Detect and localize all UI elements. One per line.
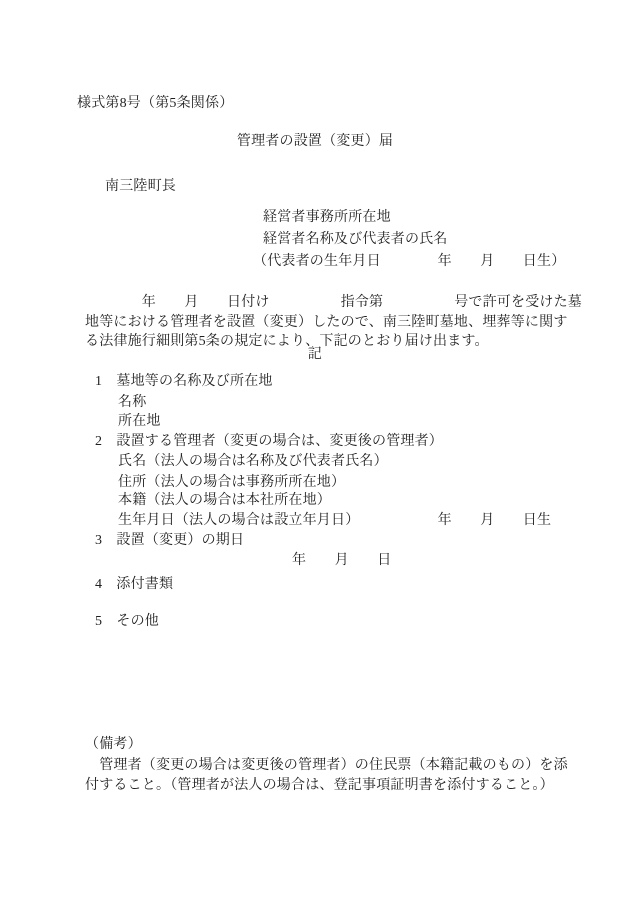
item-3-heading: 3 設置（変更）の期日 [95, 531, 244, 551]
remarks-text: 管理者（変更の場合は変更後の管理者）の住民票（本籍記載のもの）を添 付すること。… [85, 756, 568, 796]
item-5-heading: 5 その他 [95, 612, 159, 632]
item-2-address-line: 住所（法人の場合は事務所所在地） [118, 473, 345, 493]
representative-birthdate-line: （代表者の生年月日 年 月 日生） [253, 252, 565, 272]
item-2-heading: 2 設置する管理者（変更の場合は、変更後の管理者） [95, 432, 443, 452]
item-1-location-label: 所在地 [118, 412, 161, 432]
operator-office-address-line: 経営者事務所所在地 [263, 208, 391, 228]
item-1-name-label: 名称 [118, 393, 146, 413]
ki-marker: 記 [0, 345, 630, 365]
operator-name-line: 経営者名称及び代表者の氏名 [263, 230, 448, 250]
item-4-heading: 4 添付書類 [95, 575, 173, 595]
addressee: 南三陸町長 [105, 177, 176, 197]
remarks-label: （備考） [85, 735, 142, 755]
item-3-date-line: 年 月 日 [292, 551, 391, 571]
form-number: 様式第8号（第5条関係） [77, 94, 233, 114]
item-2-name-line: 氏名（法人の場合は名称及び代表者氏名） [118, 452, 388, 472]
item-1-heading: 1 墓地等の名称及び所在地 [95, 372, 273, 392]
item-2-domicile-line: 本籍（法人の場合は本社所在地） [118, 491, 331, 511]
item-2-birthdate-line: 生年月日（法人の場合は設立年月日） 年 月 日生 [118, 511, 551, 531]
permit-paragraph: 年 月 日付け 指令第 号で許可を受けた墓 地等における管理者を設置（変更）した… [85, 293, 582, 352]
document-title: 管理者の設置（変更）届 [0, 132, 630, 152]
document-page: 様式第8号（第5条関係） 管理者の設置（変更）届 南三陸町長 経営者事務所所在地… [0, 0, 630, 903]
